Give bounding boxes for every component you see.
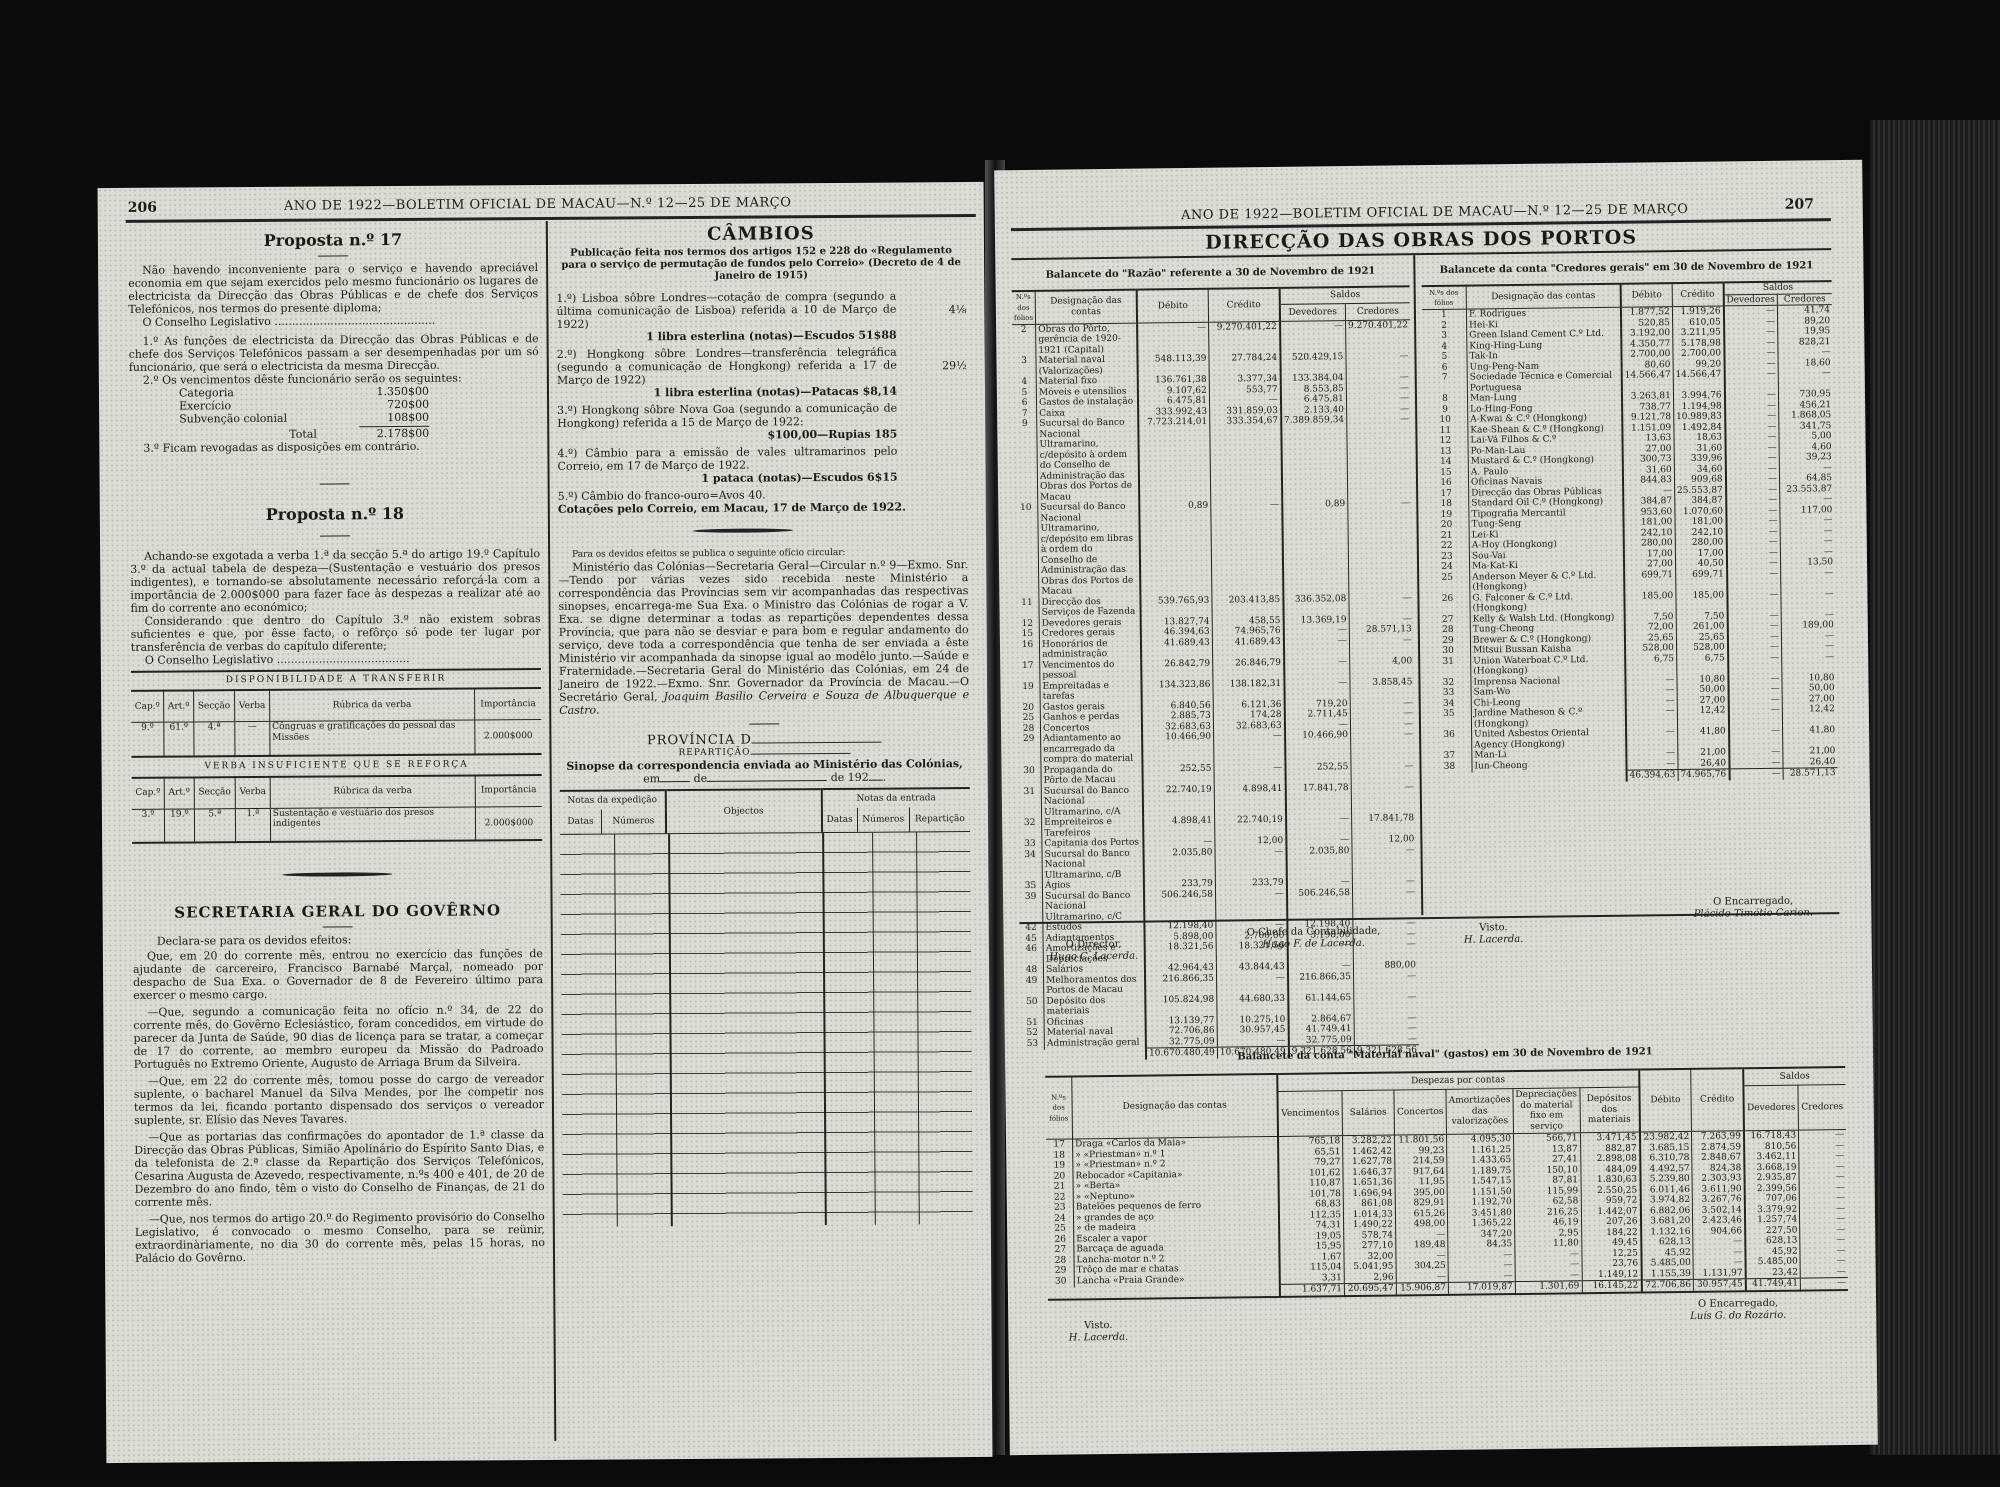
cambio-item: 2.º) Hongkong sôbre Londres—transferênci… <box>557 345 967 400</box>
proposta-17-art1: 1.º As funções de electricista da Direcç… <box>129 332 539 374</box>
salary-label: Exercício <box>179 399 231 412</box>
secretaria-paragraph: —Que, nos termos do artigo 20.º do Regim… <box>135 1210 545 1265</box>
material-naval-visto: Visto. H. Lacerda. <box>1048 1319 1148 1344</box>
table-row: 2Obras do Pôrto, gerência de 1920-1921 (… <box>1012 319 1410 356</box>
right-page: ANO DE 1922—BOLETIM OFICIAL DE MACAU—N.º… <box>994 160 1878 1456</box>
reparticao-label: REPARTIÇÃO <box>678 748 750 759</box>
page-number: 206 <box>128 200 157 216</box>
material-naval-encarregado: O Encarregado, Luís G. do Rozário. <box>1658 1297 1818 1337</box>
cambio-rate: 29½ <box>897 345 967 397</box>
secretaria-title: SECRETARIA GERAL DO GOVÊRNO <box>133 901 543 922</box>
secretaria-paragraph: —Que, em 22 do corrente mês, tomou posse… <box>134 1072 544 1127</box>
secretaria-intro: Declara-se para os devidos efeitos: <box>133 932 543 948</box>
cambio-rate: 4⅛ <box>896 289 966 341</box>
total-label: Total <box>289 428 317 441</box>
cambios-subtitle: Publicação feita nos termos dos artigos … <box>556 243 966 292</box>
col-art: Art.º <box>164 690 194 722</box>
col-seccao: Secção <box>193 690 235 722</box>
cambios-title: CÂMBIOS <box>556 222 966 246</box>
notas-expedicao-header: Notas da expedição <box>560 790 666 810</box>
notas-entrada-header: Notas da entrada <box>821 788 969 808</box>
secretaria-paragraph: Que, em 20 do corrente mês, entrou no ex… <box>133 947 543 1002</box>
salary-value: 1.350$00 <box>376 385 429 398</box>
proposta-17-art3: 3.º Ficam revogadas as disposições em co… <box>129 439 539 455</box>
secretaria-paragraph: —Que, segundo a comunicação feita no ofí… <box>133 1003 543 1071</box>
table-row: 31Sucursal do Banco Nacional Ultramarino… <box>1018 782 1416 818</box>
table-row: 29Adiantamento ao encarregado da compra … <box>1017 729 1415 765</box>
total-value: 2.178$00 <box>377 427 430 440</box>
section-ornament <box>132 841 542 904</box>
table-row: 34Sucursal do Banco Nacional Ultramarino… <box>1018 845 1416 881</box>
left-column: Proposta n.º 17 Não havendo inconvenient… <box>128 225 545 1265</box>
credores-encarregado-signature: O Encarregado, Plácido Timótio Carion. <box>1683 895 1823 921</box>
col-rubrica: Rúbrica da verba <box>269 688 474 721</box>
table-row: 3.º 19.º 5.ª 1.ª Sustentação e vestuário… <box>132 806 542 843</box>
credores-visto: Visto. H. Lacerda. <box>1453 922 1533 947</box>
table-row: 9Sucursal do Banco Nacional Ultramarino,… <box>1013 414 1412 503</box>
credores-table: N.ºs dos fólios Designação das contas Dé… <box>1422 280 1838 783</box>
salary-label: Categoria <box>179 386 234 399</box>
cambio-item: 3.º) Hongkong sôbre Nova Goa (segundo a … <box>557 402 897 443</box>
col-importancia: Importância <box>474 688 541 720</box>
conselho-legislativo: O Conselho Legislativo <box>145 653 273 667</box>
page-number: 207 <box>1785 196 1814 212</box>
book-page-edges <box>1870 120 2000 1460</box>
conselho-legislativo: O Conselho Legislativo <box>142 315 270 329</box>
credores-balance-sheet: Balancete da conta "Credores gerais" em … <box>1421 256 1837 783</box>
secretaria-paragraph: —Que as portarias das confirmações do ap… <box>134 1128 545 1209</box>
proposta-17-intro: Não havendo inconveniente para o serviço… <box>128 261 538 316</box>
right-column: CÂMBIOS Publicação feita nos termos dos … <box>556 222 973 1227</box>
objectos-header: Objectos <box>665 789 821 834</box>
material-naval-balance-sheet: Balancete da conta "Material naval" (gas… <box>1045 1040 1849 1344</box>
scanner-background-top <box>0 0 2000 170</box>
table-row: 9.º 61.º 4.ª — Côngruas e gratificações … <box>131 720 541 757</box>
proposta-18-title: Proposta n.º 18 <box>130 503 540 525</box>
col-verba: Verba <box>235 690 270 722</box>
salary-value: 720$00 <box>387 398 429 411</box>
material-naval-signatures: Visto. H. Lacerda. O Encarregado, Luís G… <box>1048 1297 1848 1345</box>
left-page: 206 ANO DE 1922—BOLETIM OFICIAL DE MACAU… <box>98 182 993 1463</box>
insuficiente-table: Cap.º Art.º Secção Verba Rúbrica da verb… <box>132 774 542 844</box>
salary-value: 108$00 <box>387 411 429 424</box>
cambio-item: 1.º) Lisboa sôbre Londres—cotação de com… <box>556 289 966 344</box>
sinopse-form-table: Notas da expedição Objectos Notas da ent… <box>560 787 970 835</box>
running-header: ANO DE 1922—BOLETIM OFICIAL DE MACAU—N.º… <box>278 195 798 214</box>
proposta-18-para1: Achando-se exgotada a verba 1.ª da secçã… <box>130 547 540 615</box>
director-signature: O Director, Hugo C. Lacerda. <box>1044 939 1144 964</box>
cambio-item: 4.º) Câmbio para a emissão de vales ultr… <box>557 445 897 486</box>
chefe-contabilidade-signature: O Chefe da Contabilidade, Hugo F. de Lac… <box>1233 926 1393 952</box>
col-cap: Cap.º <box>131 691 164 723</box>
salary-label: Subvenção colonial <box>179 412 287 426</box>
proposta-17-title: Proposta n.º 17 <box>128 229 538 251</box>
salary-list: Categoria1.350$00 Exercício720$00 Subven… <box>179 385 429 442</box>
sinopse-blank-rows <box>560 832 973 1227</box>
proposta-17-art2: 2.º Os vencimentos dêste funcionário ser… <box>129 371 539 387</box>
disponibilidade-table: Cap.º Art.º Secção Verba Rúbrica da verb… <box>131 687 541 757</box>
table-row: 10Sucursal do Banco Nacional Ultramarino… <box>1014 498 1413 597</box>
proposta-18-para2: Considerando que dentro do Capítulo 3.º … <box>131 612 541 654</box>
material-naval-table: N.ºs dos fólios Designação das contas De… <box>1045 1066 1848 1300</box>
circular-body: Ministério das Colónias—Secretaria Geral… <box>558 558 969 704</box>
provincia-label: PROVÍNCIA D <box>647 733 752 749</box>
